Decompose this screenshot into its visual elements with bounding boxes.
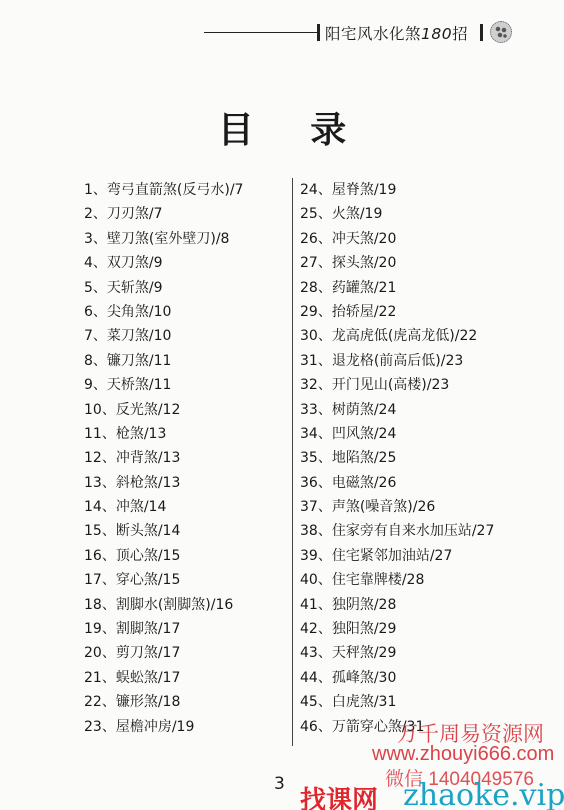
toc-left-column: 1、弯弓直箭煞(反弓水)/7 2、刀刃煞/7 3、壁刀煞(室外壁刀)/8 4、双…	[84, 178, 243, 739]
toc-entry[interactable]: 2、刀刃煞/7	[84, 202, 243, 226]
book-title: 阳宅风水化煞180招	[325, 22, 468, 44]
toc-entry[interactable]: 12、冲背煞/13	[84, 446, 243, 470]
toc-entry[interactable]: 11、枪煞/13	[84, 422, 243, 446]
toc-entry[interactable]: 24、屋脊煞/19	[300, 178, 494, 202]
toc-entry[interactable]: 19、割脚煞/17	[84, 617, 243, 641]
toc-entry[interactable]: 20、剪刀煞/17	[84, 641, 243, 665]
toc-entry[interactable]: 37、声煞(噪音煞)/26	[300, 495, 494, 519]
column-divider	[292, 178, 293, 746]
toc-entry[interactable]: 40、住宅靠牌楼/28	[300, 568, 494, 592]
header-rule	[204, 32, 317, 33]
toc-entry[interactable]: 39、住宅紧邻加油站/27	[300, 544, 494, 568]
seal-emblem-icon	[490, 21, 512, 43]
book-title-number: 180	[421, 25, 452, 43]
toc-entry[interactable]: 13、斜枪煞/13	[84, 471, 243, 495]
toc-entry[interactable]: 3、壁刀煞(室外壁刀)/8	[84, 227, 243, 251]
toc-entry[interactable]: 21、蜈蚣煞/17	[84, 666, 243, 690]
toc-entry[interactable]: 7、菜刀煞/10	[84, 324, 243, 348]
page-title: 目 录	[0, 102, 564, 153]
book-title-text: 阳宅风水化煞	[325, 25, 421, 43]
toc-entry[interactable]: 30、龙高虎低(虎高龙低)/22	[300, 324, 494, 348]
toc-entry[interactable]: 45、白虎煞/31	[300, 690, 494, 714]
toc-entry[interactable]: 38、住家旁有自来水加压站/27	[300, 519, 494, 543]
header-bar-left	[317, 24, 320, 41]
toc-entry[interactable]: 29、抬轿屋/22	[300, 300, 494, 324]
header-bar-right	[480, 24, 483, 41]
toc-entry[interactable]: 28、药罐煞/21	[300, 276, 494, 300]
toc-entry[interactable]: 5、天斩煞/9	[84, 276, 243, 300]
toc-entry[interactable]: 17、穿心煞/15	[84, 568, 243, 592]
toc-entry[interactable]: 18、割脚水(割脚煞)/16	[84, 593, 243, 617]
toc-entry[interactable]: 23、屋檐冲房/19	[84, 715, 243, 739]
toc-entry[interactable]: 9、天桥煞/11	[84, 373, 243, 397]
toc-entry[interactable]: 35、地陷煞/25	[300, 446, 494, 470]
toc-entry[interactable]: 25、火煞/19	[300, 202, 494, 226]
toc-entry[interactable]: 41、独阴煞/28	[300, 593, 494, 617]
toc-entry[interactable]: 26、冲天煞/20	[300, 227, 494, 251]
toc-entry[interactable]: 31、退龙格(前高后低)/23	[300, 349, 494, 373]
toc-entry[interactable]: 6、尖角煞/10	[84, 300, 243, 324]
toc-right-column: 24、屋脊煞/19 25、火煞/19 26、冲天煞/20 27、探头煞/20 2…	[300, 178, 494, 739]
toc-entry[interactable]: 33、树荫煞/24	[300, 398, 494, 422]
watermark-brand-en: zhaoke.vip	[403, 778, 564, 810]
toc-entry[interactable]: 34、凹风煞/24	[300, 422, 494, 446]
toc-entry[interactable]: 14、冲煞/14	[84, 495, 243, 519]
toc-entry[interactable]: 27、探头煞/20	[300, 251, 494, 275]
watermark-url: www.zhouyi666.com	[372, 743, 554, 766]
toc-entry[interactable]: 22、镰形煞/18	[84, 690, 243, 714]
toc-entry[interactable]: 15、断头煞/14	[84, 519, 243, 543]
toc-entry[interactable]: 43、天秤煞/29	[300, 641, 494, 665]
toc-entry[interactable]: 4、双刀煞/9	[84, 251, 243, 275]
running-header: 阳宅风水化煞180招	[0, 18, 564, 44]
toc-entry[interactable]: 8、镰刀煞/11	[84, 349, 243, 373]
toc-entry[interactable]: 1、弯弓直箭煞(反弓水)/7	[84, 178, 243, 202]
watermark-brand-cn: 找课网	[300, 780, 378, 810]
book-title-suffix: 招	[452, 25, 468, 43]
toc-entry[interactable]: 44、孤峰煞/30	[300, 666, 494, 690]
page-number: 3	[274, 774, 285, 794]
toc-entry[interactable]: 16、顶心煞/15	[84, 544, 243, 568]
toc-entry[interactable]: 10、反光煞/12	[84, 398, 243, 422]
toc-entry[interactable]: 36、电磁煞/26	[300, 471, 494, 495]
toc-entry[interactable]: 42、独阳煞/29	[300, 617, 494, 641]
toc-entry[interactable]: 32、开门见山(高楼)/23	[300, 373, 494, 397]
